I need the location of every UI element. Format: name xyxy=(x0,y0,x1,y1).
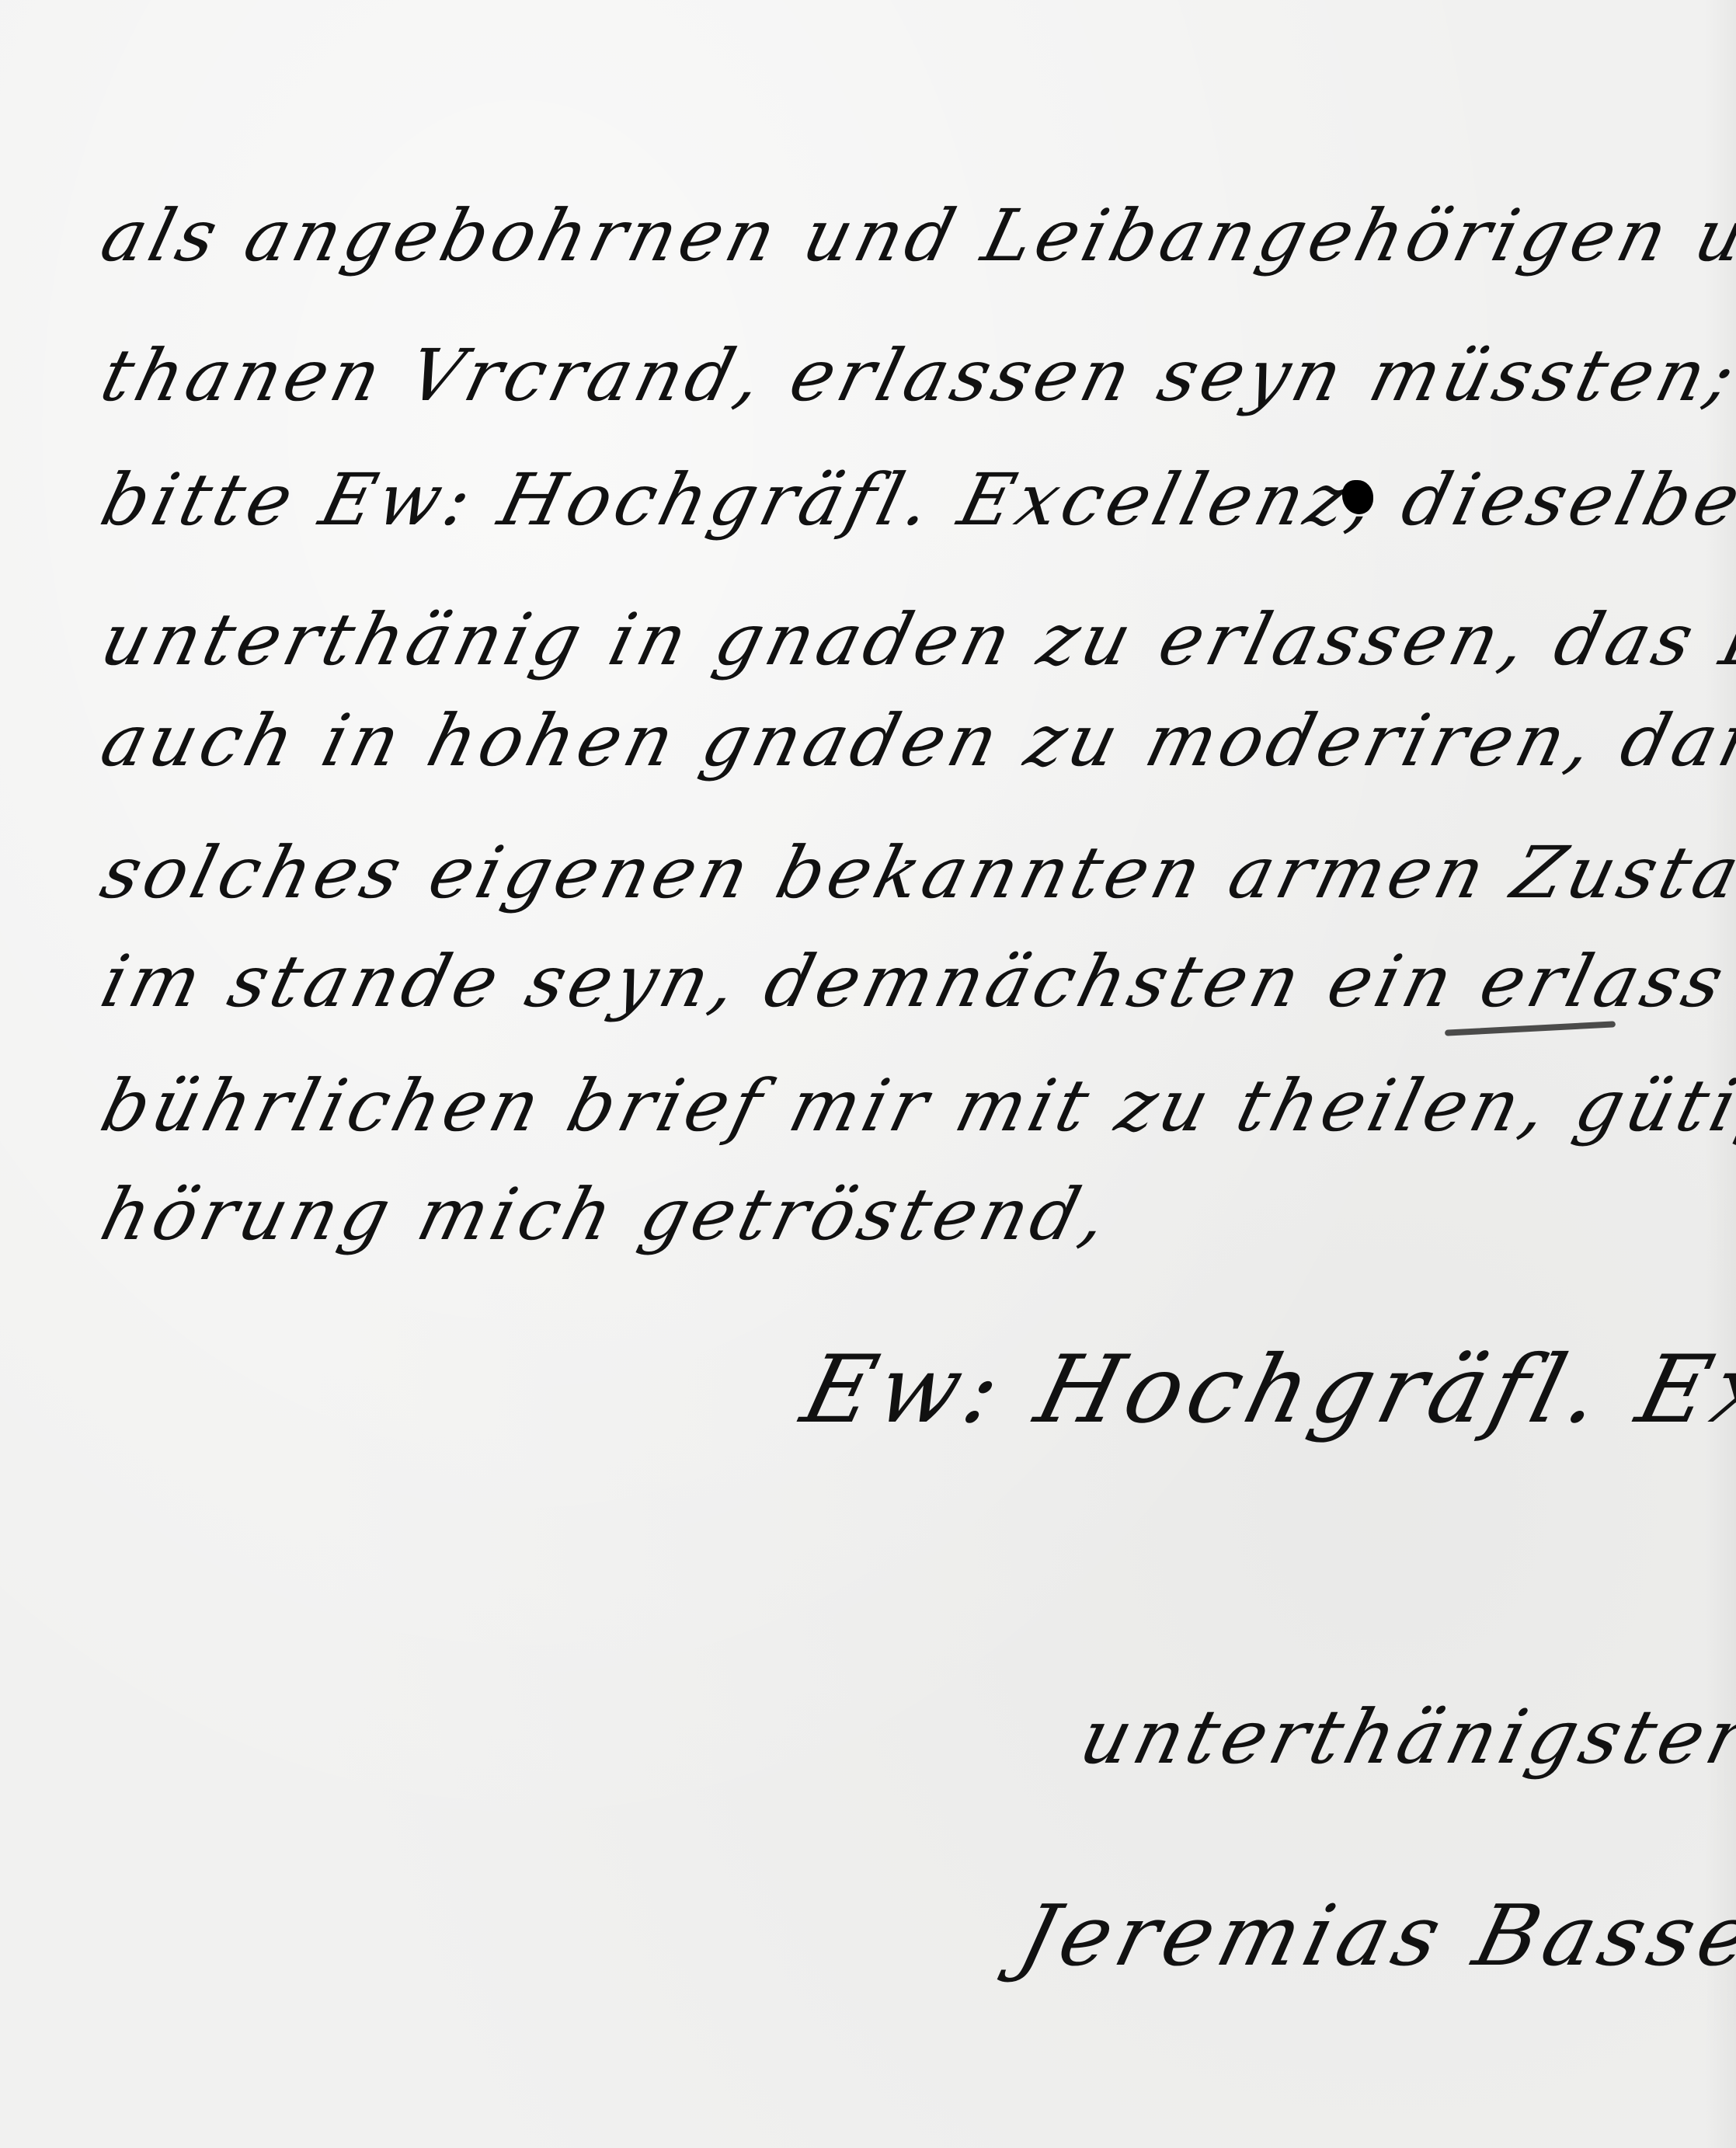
letter-line-5: auch in hohen gnaden zu moderiren, damit xyxy=(93,699,1736,782)
salutation: Ew: Hochgräfl. Excel. xyxy=(792,1336,1736,1444)
closing-phrase: unterthänigster xyxy=(1072,1694,1736,1781)
letter-line-6: solches eigenen bekannten armen Zustand … xyxy=(93,831,1736,914)
letter-line-1: als angebohrnen und Leibangehörigen unte… xyxy=(93,194,1736,277)
signature: Jeremias Bassel xyxy=(1010,1888,1736,1985)
letter-line-8: bührlichen brief mir mit zu theilen, güt… xyxy=(93,1064,1736,1147)
letter-line-2: thanen Vrcrand, erlassen seyn müssten; s… xyxy=(93,334,1736,417)
ink-blot xyxy=(1342,480,1373,514)
letter-line-7: im stande seyn, demnächsten ein erlass u… xyxy=(93,940,1736,1023)
letter-line-4: unterthänig in gnaden zu erlassen, das E… xyxy=(93,598,1736,681)
letter-line-3: bitte Ew: Hochgräfl. Excellenz, dieselbe… xyxy=(93,458,1736,541)
letter-line-9: hörung mich getröstend, xyxy=(93,1173,1120,1256)
